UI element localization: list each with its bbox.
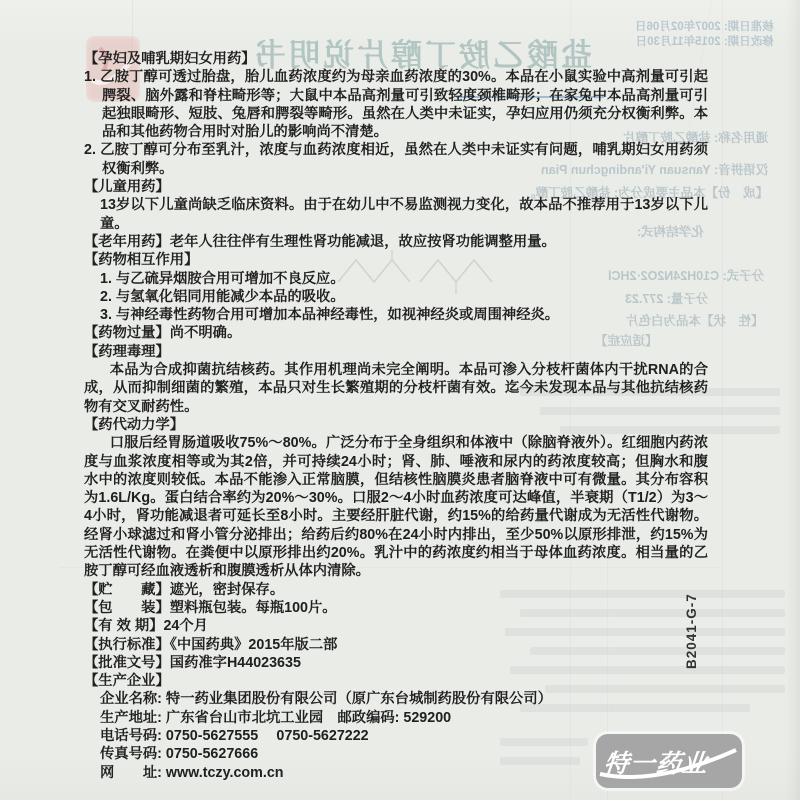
scan-edge-shade	[786, 0, 800, 800]
company-logo-text: 特一药业	[602, 744, 736, 780]
section-storage: 【贮 藏】遮光，密封保存。	[84, 581, 708, 599]
company-logo: 特一药业	[596, 734, 742, 788]
section-elderly-heading: 【老年用药】	[84, 234, 170, 250]
approval-no-body: 国药准字H44023635	[170, 655, 301, 671]
interaction-item-1: 1. 与乙硫异烟胺合用可增加不良反应。	[100, 270, 708, 288]
manufacturer-name: 企业名称: 特一药业集团股份有限公司（原广东台城制药股份有限公司）	[100, 690, 708, 708]
storage-body: 遮光，密封保存。	[170, 582, 284, 598]
pregnancy-item-2: 2. 乙胺丁醇可分布至乳汁，浓度与血药浓度相近，虽然在人类中未证实有问题，哺乳期…	[84, 141, 708, 178]
section-storage-heading: 【贮 藏】	[84, 582, 170, 598]
interaction-item-3: 3. 与神经毒性药物合用可增加本品神经毒性，如视神经炎或周围神经炎。	[100, 306, 708, 324]
section-approval-no: 【批准文号】国药准字H44023635	[84, 654, 708, 672]
manufacturer-address: 生产地址: 广东省台山市北坑工业园 邮政编码: 529200	[100, 709, 708, 727]
section-pregnancy-heading: 【孕妇及哺乳期妇女用药】	[84, 50, 708, 68]
section-standard-heading: 【执行标准】	[84, 637, 170, 653]
section-children-heading: 【儿童用药】	[84, 178, 708, 196]
section-manufacturer-heading: 【生产企业】	[84, 672, 708, 690]
section-packaging-heading: 【包 装】	[84, 600, 170, 616]
pregnancy-item-1: 1. 乙胺丁醇可透过胎盘，胎儿血药浓度约为母亲血药浓度的30%。本品在小鼠实验中…	[84, 68, 708, 141]
print-code: B2041-G-7	[684, 668, 760, 686]
section-interactions-heading: 【药物相互作用】	[84, 251, 708, 269]
section-approval-no-heading: 【批准文号】	[84, 655, 170, 671]
pharmacokinetics-body: 口服后经胃肠道吸收75%～80%。广泛分布于全身组织和体液中（除脑脊液外）。红细…	[84, 434, 708, 580]
elderly-body: 老年人往往伴有生理性肾功能减退，故应按肾功能调整用量。	[170, 234, 556, 250]
section-elderly: 【老年用药】老年人往往伴有生理性肾功能减退，故应按肾功能调整用量。	[84, 233, 708, 251]
overdose-body: 尚不明确。	[170, 325, 241, 341]
packaging-body: 塑料瓶包装。每瓶100片。	[170, 600, 337, 616]
section-validity: 【有 效 期】24个月	[84, 617, 708, 635]
standard-body: 《中国药典》2015年版二部	[170, 637, 338, 653]
section-overdose: 【药物过量】尚不明确。	[84, 324, 708, 342]
children-body: 13岁以下儿童尚缺乏临床资料。由于在幼儿中不易监测视力变化，故本品不推荐用于13…	[100, 196, 708, 233]
print-code-text: B2041-G-7	[684, 593, 699, 669]
pharmacology-body: 本品为合成抑菌抗结核药。其作用机理尚未完全阐明。本品可渗入分枝杆菌体内干扰RNA…	[84, 361, 708, 416]
section-pharmacology-heading: 【药理毒理】	[84, 343, 708, 361]
section-overdose-heading: 【药物过量】	[84, 325, 170, 341]
validity-body: 24个月	[163, 618, 208, 634]
section-packaging: 【包 装】塑料瓶包装。每瓶100片。	[84, 599, 708, 617]
leaflet-body: 【孕妇及哺乳期妇女用药】 1. 乙胺丁醇可透过胎盘，胎儿血药浓度约为母亲血药浓度…	[84, 50, 708, 782]
section-pharmacokinetics-heading: 【药代动力学】	[84, 416, 708, 434]
interaction-item-2: 2. 与氢氧化铝同用能减少本品的吸收。	[100, 288, 708, 306]
section-validity-heading: 【有 效 期】	[84, 618, 163, 634]
section-standard: 【执行标准】《中国药典》2015年版二部	[84, 636, 708, 654]
